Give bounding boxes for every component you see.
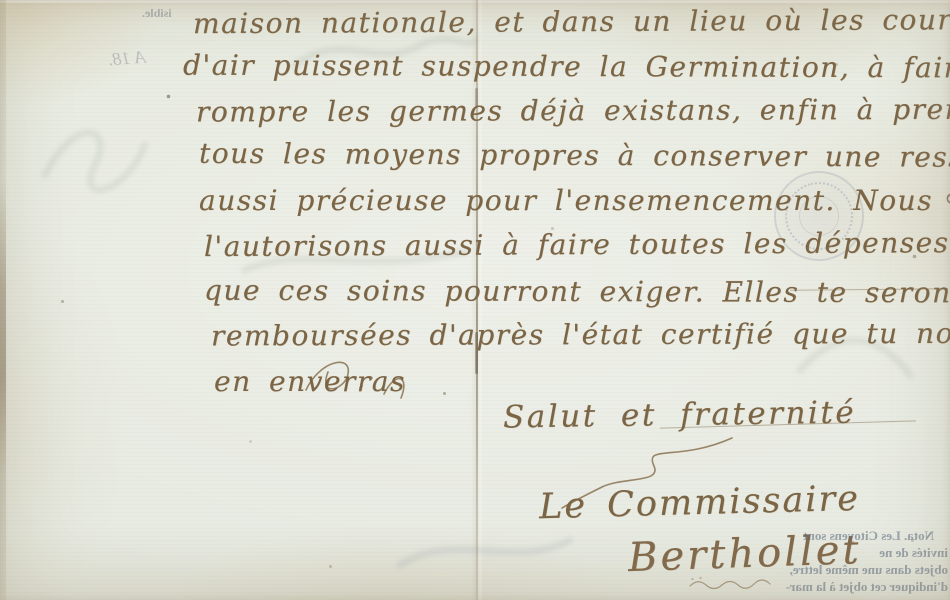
bleedthrough-mark xyxy=(395,520,575,580)
manuscript-line: d'air puissent suspendre la Germination,… xyxy=(183,52,950,83)
signature-title: Le Commissaire xyxy=(539,482,861,525)
closing-salutation: Salut et fraternité xyxy=(503,398,857,434)
printed-note-line: objets dans une même lettre, xyxy=(688,561,948,578)
manuscript-line: l'autorisons aussi à faire toutes les dé… xyxy=(204,229,950,261)
manuscript-page: isible. A 18. maison nationale, et dans … xyxy=(0,0,950,600)
printed-note-line: invités de ne xyxy=(688,544,948,561)
paraphe-flourish xyxy=(298,352,418,407)
paper-torn-edge xyxy=(0,0,6,600)
line-text: maison nationale, et dans un lieu où les… xyxy=(193,3,950,40)
ink-flourish: ∞ xyxy=(943,184,950,212)
bleedthrough-fragment: isible. xyxy=(142,6,172,21)
line-text: d'air puissent suspendre la Germination,… xyxy=(183,49,950,85)
printed-note-line: d'indiquer cet objet à la mar- xyxy=(688,578,948,595)
bleedthrough-printed-note: Nota. Les Citoyens sont invités de ne ob… xyxy=(688,527,948,595)
manuscript-line: maison nationale, et dans un lieu où les… xyxy=(193,6,950,38)
manuscript-line: aussi précieuse pour l'ensemencement. No… xyxy=(199,187,950,215)
bleedthrough-mark xyxy=(35,55,155,205)
paper-specks xyxy=(0,0,1,1)
manuscript-line: rompre les germes déjà existans, enfin à… xyxy=(196,96,950,127)
line-text: aussi précieuse pour l'ensemencement. No… xyxy=(199,184,933,217)
line-text: tous les moyens propres à conserver une … xyxy=(199,137,950,174)
line-text: l'autorisons aussi à faire toutes les dé… xyxy=(204,226,950,263)
bleedthrough-fragment: A 18. xyxy=(107,47,146,71)
manuscript-line: que ces soins pourront exiger. Elles te … xyxy=(204,277,950,308)
manuscript-line: tous les moyens propres à conserver une … xyxy=(199,140,950,172)
manuscript-line: remboursées d'après l'état certifié que … xyxy=(211,320,950,351)
printed-note-line: Nota. Les Citoyens sont xyxy=(688,527,948,544)
line-text: remboursées d'après l'état certifié que … xyxy=(211,317,950,353)
line-text: que ces soins pourront exiger. Elles te … xyxy=(204,274,950,310)
line-text: rompre les germes déjà existans, enfin à… xyxy=(196,93,950,129)
